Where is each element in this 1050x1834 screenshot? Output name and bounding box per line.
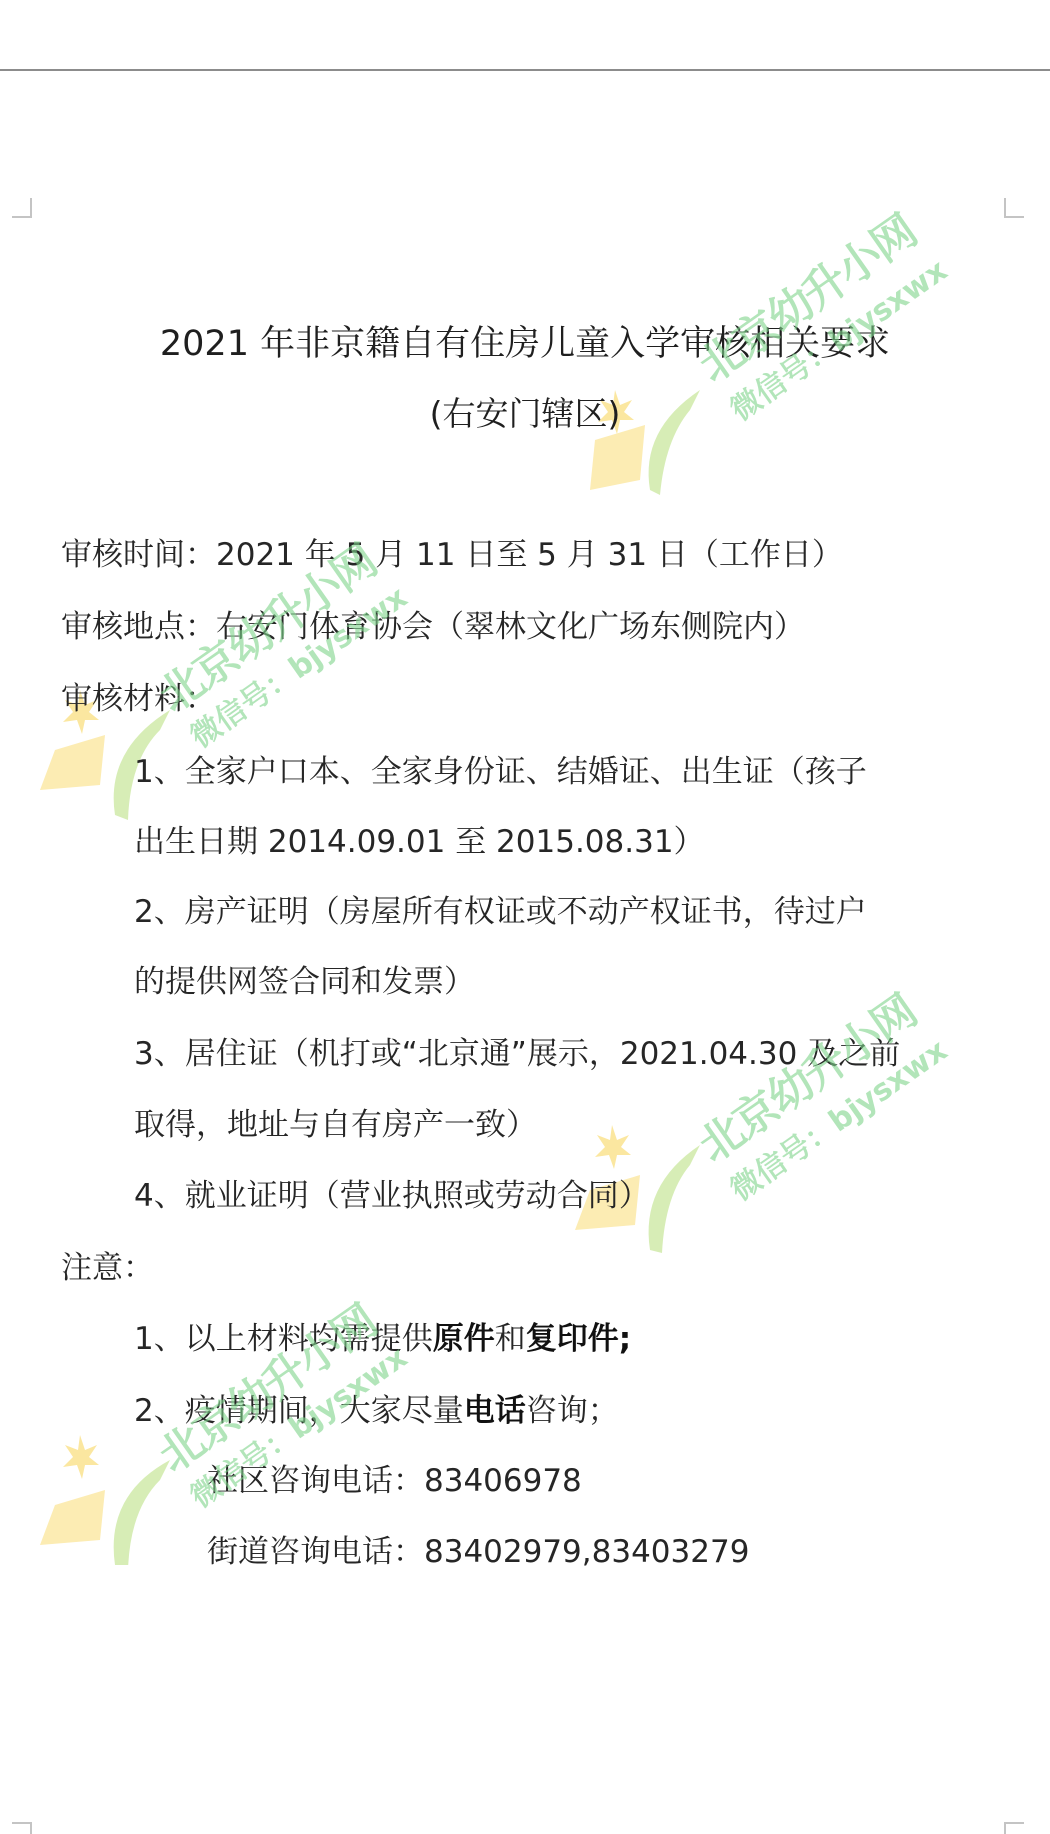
top-divider <box>0 69 1050 71</box>
note-1-text-and: 和 <box>495 1321 526 1357</box>
material-item-1: 1、全家户口本、全家身份证、结婚证、出生证（孩子 <box>134 752 867 792</box>
note-1-bold-original: 原件 <box>433 1321 495 1357</box>
logo-watermark-icon <box>570 370 710 500</box>
material-item-4: 4、就业证明（营业执照或劳动合同） <box>134 1176 650 1216</box>
review-place: 审核地点：右安门体育协会（翠林文化广场东侧院内） <box>61 607 805 647</box>
contact-phone: 83406978 <box>424 1463 582 1499</box>
page-corner-mark <box>12 1822 32 1834</box>
material-item-1-cont: 出生日期 2014.09.01 至 2015.08.31） <box>134 822 705 862</box>
page-corner-mark <box>1004 1822 1024 1834</box>
review-time: 审核时间：2021 年 5 月 11 日至 5 月 31 日（工作日） <box>61 535 843 575</box>
note-2-suffix: 咨询； <box>526 1393 619 1429</box>
notes-label: 注意： <box>61 1248 154 1288</box>
contact-street: 街道咨询电话：83402979,83403279 <box>207 1532 749 1572</box>
note-2-bold-phone: 电话 <box>464 1393 526 1429</box>
document-title: 2021 年非京籍自有住房儿童入学审核相关要求 <box>0 322 1050 366</box>
page-corner-mark <box>1004 198 1024 218</box>
material-item-2: 2、房产证明（房屋所有权证或不动产权证书，待过户 <box>134 892 867 932</box>
contact-label: 街道咨询电话： <box>207 1534 424 1570</box>
material-item-3-cont: 取得，地址与自有房产一致） <box>134 1105 537 1145</box>
document-subtitle: (右安门辖区) <box>0 393 1050 435</box>
contact-phone: 83402979,83403279 <box>424 1534 749 1570</box>
note-1-bold-copy: 复印件; <box>526 1321 631 1357</box>
page-corner-mark <box>12 198 32 218</box>
material-item-2-cont: 的提供网签合同和发票） <box>134 962 475 1002</box>
